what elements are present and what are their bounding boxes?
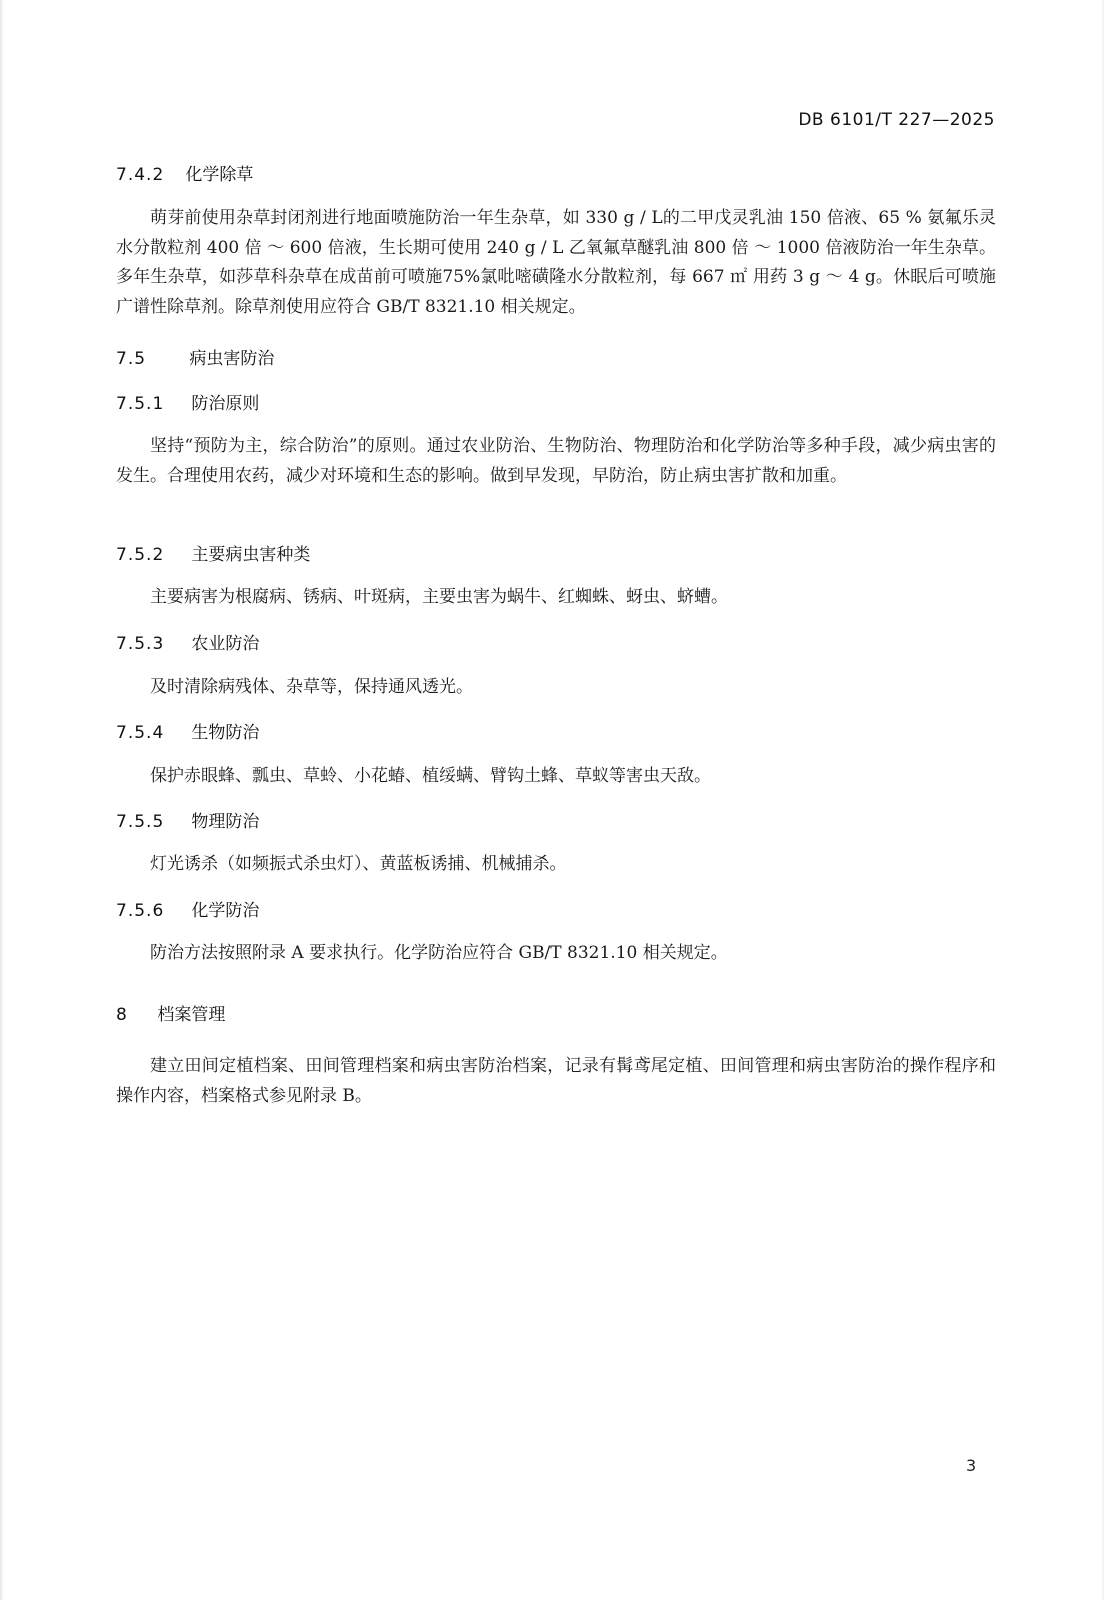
section-number: 7.4.2 (116, 165, 180, 185)
heading-8: 8 档案管理 (116, 1000, 225, 1025)
section-title: 化学除草 (185, 165, 253, 185)
section-number: 7.5 (116, 349, 184, 369)
heading-7-5-5: 7.5.5 物理防治 (116, 807, 259, 832)
section-title: 物理防治 (191, 812, 259, 832)
section-number: 7.5.3 (116, 634, 186, 654)
section-number: 7.5.4 (116, 723, 186, 743)
section-number: 8 (116, 1005, 152, 1025)
section-title: 病虫害防治 (189, 349, 274, 369)
section-number: 7.5.2 (116, 545, 186, 565)
paragraph-7-5-4: 保护赤眼蜂、瓢虫、草蛉、小花蝽、植绥螨、臂钩土蜂、草蚁等害虫天敌。 (116, 762, 996, 792)
section-title: 生物防治 (191, 723, 259, 743)
heading-7-5-6: 7.5.6 化学防治 (116, 896, 259, 921)
page-number: 3 (966, 1456, 976, 1475)
section-title: 化学防治 (191, 901, 259, 921)
section-title: 农业防治 (191, 634, 259, 654)
heading-7-5-2: 7.5.2 主要病虫害种类 (116, 540, 310, 565)
section-title: 档案管理 (157, 1005, 225, 1025)
section-title: 防治原则 (191, 394, 259, 414)
heading-7-5-3: 7.5.3 农业防治 (116, 629, 259, 654)
paragraph-8: 建立田间定植档案、田间管理档案和病虫害防治档案，记录有髯鸢尾定植、田间管理和病虫… (116, 1052, 996, 1111)
heading-7-5: 7.5 病虫害防治 (116, 344, 274, 369)
paragraph-7-5-6: 防治方法按照附录 A 要求执行。化学防治应符合 GB/T 8321.10 相关规… (116, 939, 996, 969)
paragraph-7-5-2: 主要病害为根腐病、锈病、叶斑病，主要虫害为蜗牛、红蜘蛛、蚜虫、蛴螬。 (116, 583, 996, 613)
section-title: 主要病虫害种类 (191, 545, 310, 565)
section-number: 7.5.6 (116, 901, 186, 921)
paragraph-7-4-2: 萌芽前使用杂草封闭剂进行地面喷施防治一年生杂草，如 330 g / L的二甲戊灵… (116, 204, 996, 322)
standard-code-header: DB 6101/T 227—2025 (798, 110, 995, 130)
heading-7-5-1: 7.5.1 防治原则 (116, 389, 259, 414)
paragraph-7-5-3: 及时清除病残体、杂草等，保持通风透光。 (116, 673, 996, 703)
section-number: 7.5.1 (116, 394, 186, 414)
heading-7-5-4: 7.5.4 生物防治 (116, 718, 259, 743)
scan-edge-left (0, 0, 4, 1600)
paragraph-7-5-1: 坚持“预防为主，综合防治”的原则。通过农业防治、生物防治、物理防治和化学防治等多… (116, 432, 996, 491)
heading-7-4-2: 7.4.2 化学除草 (116, 160, 253, 185)
paragraph-7-5-5: 灯光诱杀（如频振式杀虫灯）、黄蓝板诱捕、机械捕杀。 (116, 850, 996, 880)
section-number: 7.5.5 (116, 812, 186, 832)
